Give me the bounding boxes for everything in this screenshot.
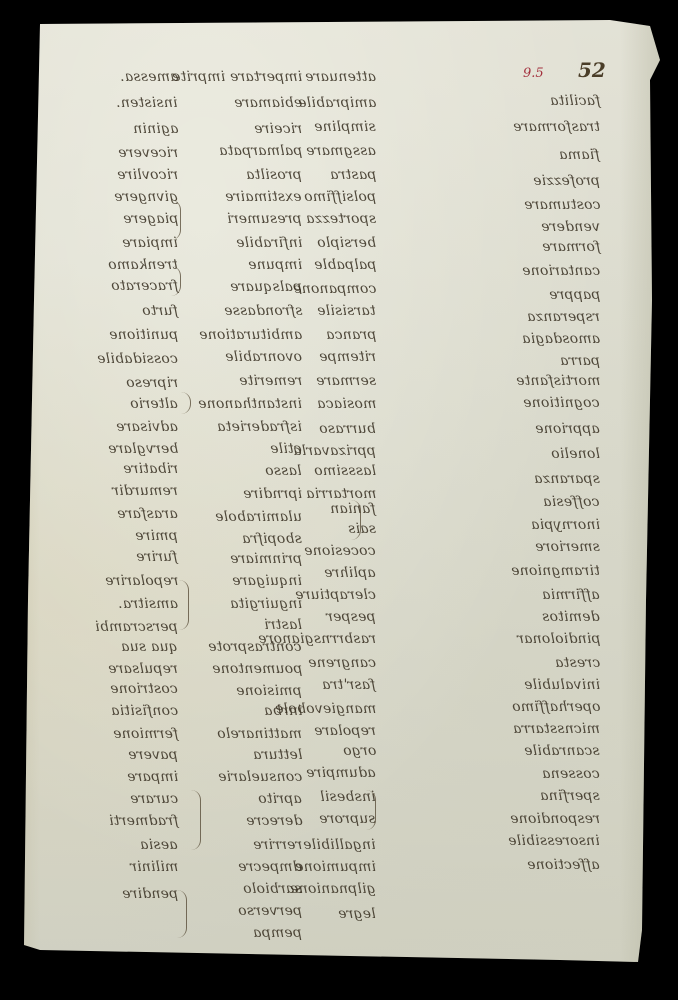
word-col1: punitione xyxy=(109,327,178,343)
word-col3: impumione xyxy=(295,859,376,875)
word-col1: fradmerti xyxy=(109,813,178,829)
word-col1: aginin xyxy=(133,121,179,137)
word-col5: operhaffimo xyxy=(512,699,600,715)
word-col5: facilita xyxy=(550,93,600,109)
word-col2: impune xyxy=(248,257,302,273)
word-col3: mosiaca xyxy=(317,396,376,412)
word-col2: lettura xyxy=(253,747,302,763)
word-col5: cantarione xyxy=(522,263,600,279)
word-col2: ulamirabole xyxy=(215,509,302,525)
word-col1: ricovlire xyxy=(117,167,178,183)
word-col5: coffesia xyxy=(543,494,600,510)
word-col3: attenuare xyxy=(305,69,376,85)
word-col5: formare xyxy=(542,239,600,255)
word-col5: tiramgnione xyxy=(511,563,600,579)
word-col3: assgmare xyxy=(306,143,376,159)
word-col5: mortisfante xyxy=(516,373,600,389)
word-col2: aprito xyxy=(258,791,302,807)
word-col5: cresta xyxy=(555,655,600,671)
word-col5: respondione xyxy=(510,811,600,827)
word-col5: inornypia xyxy=(531,517,600,533)
word-col5: inivalubile xyxy=(524,677,600,693)
word-col3: mortarria xyxy=(306,486,376,502)
manuscript-page: 52 9.5 amessa.insisten.agininricevereric… xyxy=(0,0,678,1000)
word-col2: riceire xyxy=(254,121,302,137)
word-col5: cognitione xyxy=(523,395,600,411)
word-col5: pappre xyxy=(549,287,600,303)
word-col3: gilpnanione xyxy=(290,881,376,897)
word-col1: ricevere xyxy=(118,145,178,161)
word-col3: bersiplo xyxy=(317,235,376,251)
word-col1: arasfare xyxy=(117,506,178,522)
word-col1: pavere xyxy=(128,747,178,763)
word-col3: palpable xyxy=(314,257,376,273)
word-col3: sportezza xyxy=(306,211,376,227)
word-col1: fracerato xyxy=(111,278,178,294)
bracket-mark xyxy=(178,580,189,630)
word-col2: ovonrabile xyxy=(225,349,302,365)
word-col3: pranca xyxy=(326,327,376,343)
word-col1: ripreso xyxy=(126,375,178,391)
word-col1: insisten. xyxy=(116,95,178,111)
word-col2: sfrondasse xyxy=(224,303,302,319)
word-col1: bervglare xyxy=(108,441,178,457)
folio-number: 52 xyxy=(578,58,606,82)
word-col5: fiama xyxy=(559,147,600,163)
word-col5: sperfina xyxy=(540,788,600,804)
word-col1: curare xyxy=(130,791,178,807)
word-col3: burraso xyxy=(319,421,376,437)
bracket-mark xyxy=(170,266,181,296)
word-col2: perverso xyxy=(238,903,302,919)
word-col2: rerrire xyxy=(253,837,302,853)
word-col2: instanthanone xyxy=(198,396,302,412)
word-col1: remurdir xyxy=(112,483,178,499)
word-col3: ritempe xyxy=(319,349,376,365)
word-col5: profezzie xyxy=(533,173,600,189)
bracket-mark xyxy=(190,790,201,850)
bracket-mark xyxy=(350,500,361,540)
word-col1: trenkamo xyxy=(108,257,178,273)
word-col3: polsiffimo xyxy=(304,189,376,205)
word-col3: sermare xyxy=(316,373,376,389)
word-col2: infirabile xyxy=(236,235,302,251)
word-col1: confisitia xyxy=(111,703,178,719)
word-col3: adumpire xyxy=(306,765,376,781)
word-col5: demitos xyxy=(542,609,600,625)
word-col3: legre xyxy=(338,906,376,922)
word-col3: cangrene xyxy=(308,655,376,671)
word-col5: micnsstarra xyxy=(513,721,600,737)
word-col1: amsitra. xyxy=(118,596,178,612)
word-col5: amosdagia xyxy=(522,331,600,347)
word-col3: fasr'tra xyxy=(322,677,376,693)
word-col5: parra xyxy=(560,353,600,369)
word-col2: prosilta xyxy=(246,167,302,183)
word-col2: inguirgita xyxy=(230,596,302,612)
word-col2: poumentone xyxy=(212,661,302,677)
word-col2: pempa xyxy=(253,925,302,941)
word-col1: cossidabile xyxy=(97,351,178,367)
word-col5: cossena xyxy=(542,766,600,782)
word-col1: amessa. xyxy=(120,69,178,85)
bracket-mark xyxy=(170,200,181,240)
word-col5: scanrabile xyxy=(524,743,600,759)
word-col5: affirmia xyxy=(542,587,600,603)
word-col5: trasformare xyxy=(513,119,600,135)
word-col2: pmisione xyxy=(236,683,302,699)
word-col2: inquigare xyxy=(232,573,302,589)
word-col3: cocesione xyxy=(304,543,376,559)
word-col3: mangievobole xyxy=(275,701,376,717)
word-col5: affectione xyxy=(527,857,600,873)
word-col5: smeriore xyxy=(535,539,600,555)
word-col5: lonelio xyxy=(551,446,600,462)
word-col2: sbopifra xyxy=(242,531,302,547)
word-col1: perscrambi xyxy=(95,619,178,635)
word-col2: consuelarie xyxy=(218,769,302,785)
word-col1: givngere xyxy=(114,189,178,205)
word-col3: ingallibile xyxy=(303,837,376,853)
word-col3: lasssimo xyxy=(314,463,376,479)
word-col2: exstimaire xyxy=(225,189,302,205)
word-col1: qua sua xyxy=(121,639,178,655)
word-col5: sparanza xyxy=(534,471,600,487)
word-col3: tarsisile xyxy=(317,303,376,319)
bracket-mark xyxy=(176,890,187,938)
word-col2: prinmiare xyxy=(230,551,302,567)
word-col3: pesper xyxy=(326,609,376,625)
word-col2: presumeri xyxy=(227,211,302,227)
word-col2: remerite xyxy=(239,373,302,389)
word-col5: insoressibile xyxy=(508,833,600,849)
word-col1: furire xyxy=(136,549,178,565)
word-col3: aplihre xyxy=(324,565,376,581)
word-col1: repolarire xyxy=(105,573,178,589)
word-col3: repolare xyxy=(314,723,376,739)
word-col2: palmarpata xyxy=(219,143,302,159)
word-col1: pmire xyxy=(135,528,178,544)
word-col2: impertare imprite xyxy=(172,69,302,85)
word-col1: impare xyxy=(127,769,178,785)
word-col1: pendire xyxy=(122,886,178,902)
word-col3: cleraptiure xyxy=(295,587,376,603)
word-col1: repulsare xyxy=(108,661,178,677)
word-col3: pastra xyxy=(330,167,376,183)
word-col2: lasso xyxy=(265,463,302,479)
word-col1: fermione xyxy=(113,726,178,742)
word-col5: apprione xyxy=(535,421,600,437)
word-col1: aesia xyxy=(140,837,178,853)
word-col1: advisare xyxy=(116,419,178,435)
word-col3: companone xyxy=(293,281,376,297)
folio-number-red: 9.5 xyxy=(523,66,544,81)
word-col2: ambituratione xyxy=(199,327,302,343)
word-col5: costumare xyxy=(524,197,601,213)
word-col3: amiprabile xyxy=(298,95,376,111)
word-col1: milinir xyxy=(130,859,178,875)
word-col1: costrione xyxy=(110,681,178,697)
word-col3: orgo xyxy=(343,743,376,759)
word-col5: vendere xyxy=(541,219,600,235)
bracket-mark xyxy=(365,790,376,830)
word-col2: mattinarelo xyxy=(217,726,302,742)
word-col3: simpline xyxy=(314,119,376,135)
word-col2: palsquare xyxy=(230,279,302,295)
word-col5: pindiolonar xyxy=(517,631,601,647)
word-col1: alterio xyxy=(130,396,178,412)
word-col2: dmpecre xyxy=(238,859,302,875)
word-col3: rasbrrnsgianore xyxy=(258,631,376,647)
word-col1: ribatire xyxy=(123,461,178,477)
word-col3: pprizavarla xyxy=(293,443,376,459)
word-col2: ebiamare xyxy=(234,95,302,111)
word-col5: rsperanza xyxy=(527,309,600,325)
word-col1: furto xyxy=(142,303,178,319)
word-col2: isfraderieta xyxy=(217,419,302,435)
word-col2: derecre xyxy=(246,813,302,829)
word-col2: iprndire xyxy=(243,486,302,502)
